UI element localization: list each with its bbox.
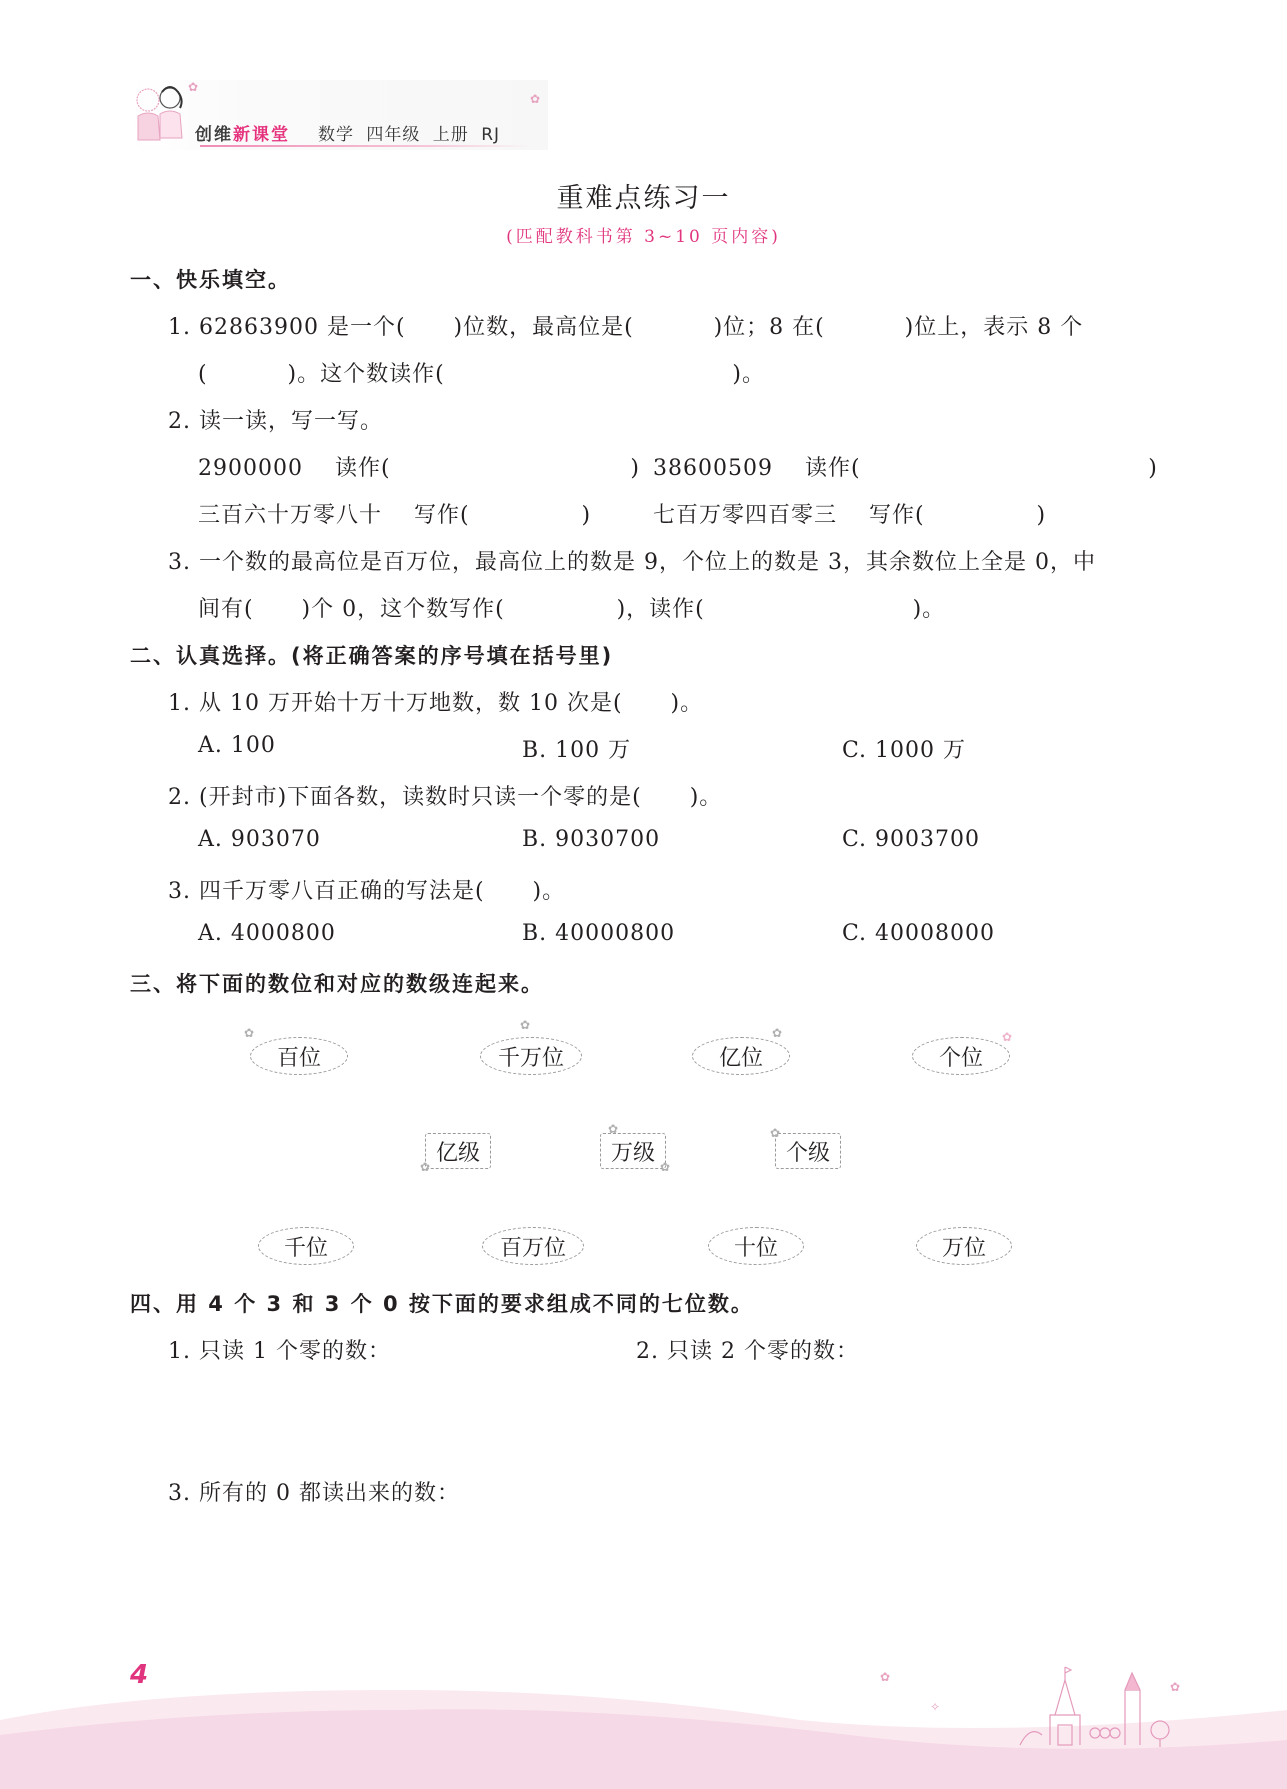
- brand-part2: 新课堂: [233, 125, 290, 145]
- brand-logo: 创维新课堂: [195, 120, 290, 145]
- castle-icon: [1000, 1655, 1190, 1750]
- question-text: 38600509 读作( ): [653, 451, 1158, 482]
- question-text: 三百六十万零八十 写作( ): [198, 498, 591, 529]
- header-underline: [200, 145, 530, 147]
- flower-icon: ✿: [1170, 1680, 1180, 1694]
- question-text: 2. (开封市)下面各数，读数时只读一个零的是( )。: [168, 780, 722, 811]
- flower-icon: ✿: [244, 1026, 254, 1040]
- option-a: A. 100: [198, 733, 276, 758]
- star-icon: ✧: [930, 1700, 940, 1714]
- question-text: 七百万零四百零三 写作( ): [653, 498, 1046, 529]
- option-b: B. 100 万: [522, 733, 631, 764]
- question-text: 2. 只读 2 个零的数：: [636, 1334, 859, 1365]
- place-value-bubble[interactable]: 十位: [708, 1227, 804, 1265]
- subject-label: 数学 四年级 上册 RJ: [318, 120, 500, 145]
- place-value-bubble[interactable]: 万位: [916, 1227, 1012, 1265]
- clover-icon: ✿: [420, 1160, 430, 1174]
- question-text: 1. 只读 1 个零的数：: [168, 1334, 391, 1365]
- place-value-bubble[interactable]: 百万位: [482, 1227, 584, 1265]
- question-text: 间有( )个 0，这个数写作( )，读作( )。: [198, 592, 945, 623]
- place-value-bubble[interactable]: 个位: [912, 1037, 1010, 1075]
- clover-icon: ✿: [608, 1122, 618, 1136]
- place-value-bubble[interactable]: 千万位: [480, 1037, 582, 1075]
- option-c: C. 1000 万: [842, 733, 966, 764]
- clover-icon: ✿: [660, 1160, 670, 1174]
- section-3-heading: 三、将下面的数位和对应的数级连起来。: [130, 968, 544, 998]
- page-title: 重难点练习一: [0, 176, 1287, 215]
- section-4-heading: 四、用 4 个 3 和 3 个 0 按下面的要求组成不同的七位数。: [130, 1288, 754, 1318]
- flower-icon: ✿: [530, 92, 540, 106]
- question-text: 3. 四千万零八百正确的写法是( )。: [168, 874, 565, 905]
- flower-icon: ✿: [188, 80, 198, 94]
- question-text: ( )。这个数读作( )。: [198, 357, 765, 388]
- question-text: 2. 读一读，写一写。: [168, 404, 383, 435]
- flower-icon: ✿: [1002, 1030, 1012, 1044]
- question-text: 2900000 读作( ): [198, 451, 640, 482]
- option-a: A. 903070: [198, 827, 321, 852]
- bird-icon: ✿: [880, 1670, 890, 1684]
- question-text: 3. 一个数的最高位是百万位，最高位上的数是 9，个位上的数是 3，其余数位上全…: [168, 545, 1096, 576]
- section-1-heading: 一、快乐填空。: [130, 264, 291, 294]
- section-2-heading: 二、认真选择。(将正确答案的序号填在括号里): [130, 640, 613, 670]
- option-c: C. 9003700: [842, 827, 980, 852]
- brand-part1: 创维: [195, 125, 233, 145]
- period-box[interactable]: 个级: [775, 1133, 841, 1169]
- place-value-bubble[interactable]: 千位: [258, 1227, 354, 1265]
- page-subtitle: (匹配教科书第 3~10 页内容): [0, 222, 1287, 247]
- question-text: 3. 所有的 0 都读出来的数：: [168, 1476, 460, 1507]
- kids-illustration-icon: [130, 82, 190, 152]
- question-text: 1. 从 10 万开始十万十万地数，数 10 次是( )。: [168, 686, 703, 717]
- option-c: C. 40008000: [842, 921, 995, 946]
- place-value-bubble[interactable]: 百位: [250, 1037, 348, 1075]
- flower-icon: ✿: [520, 1018, 530, 1032]
- flower-icon: ✿: [772, 1026, 782, 1040]
- clover-icon: ✿: [770, 1126, 780, 1140]
- period-box[interactable]: 亿级: [425, 1133, 491, 1169]
- option-a: A. 4000800: [198, 921, 336, 946]
- question-text: 1. 62863900 是一个( )位数，最高位是( )位；8 在( )位上，表…: [168, 310, 1083, 341]
- option-b: B. 9030700: [522, 827, 660, 852]
- option-b: B. 40000800: [522, 921, 675, 946]
- period-box[interactable]: 万级: [600, 1133, 666, 1169]
- place-value-bubble[interactable]: 亿位: [692, 1037, 790, 1075]
